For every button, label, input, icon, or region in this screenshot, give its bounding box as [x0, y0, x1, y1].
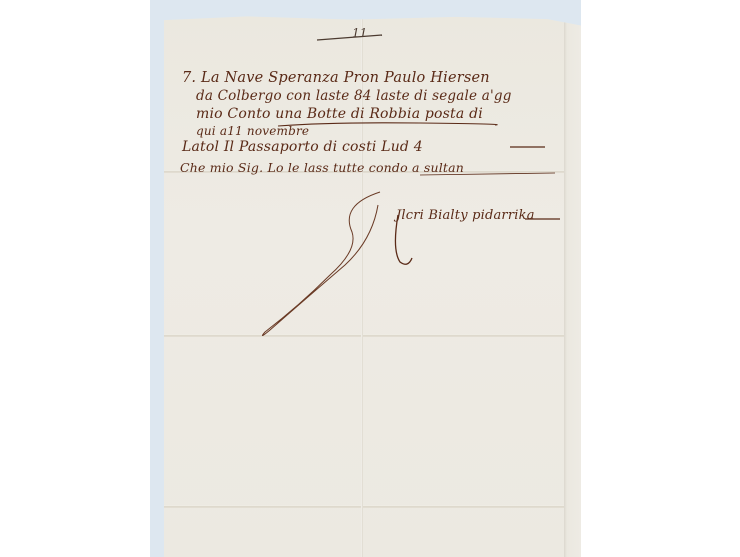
manuscript-line-4: qui a11 novembre: [196, 124, 309, 138]
signature: Jlcri Bialty pidarrika: [396, 208, 535, 223]
manuscript-line-6: Che mio Sig. Lo le lass tutte condo a su…: [180, 160, 464, 175]
manuscript-line-2: da Colbergo con laste 84 laste di segale…: [196, 88, 512, 104]
page-number: 11: [352, 26, 367, 40]
manuscript-line-1: 7. La Nave Speranza Pron Paulo Hiersen: [182, 70, 490, 86]
manuscript-line-5: Latol Il Passaporto di costi Lud 4: [182, 139, 423, 155]
manuscript-line-3: mio Conto una Botte di Robbia posta di: [196, 106, 483, 122]
